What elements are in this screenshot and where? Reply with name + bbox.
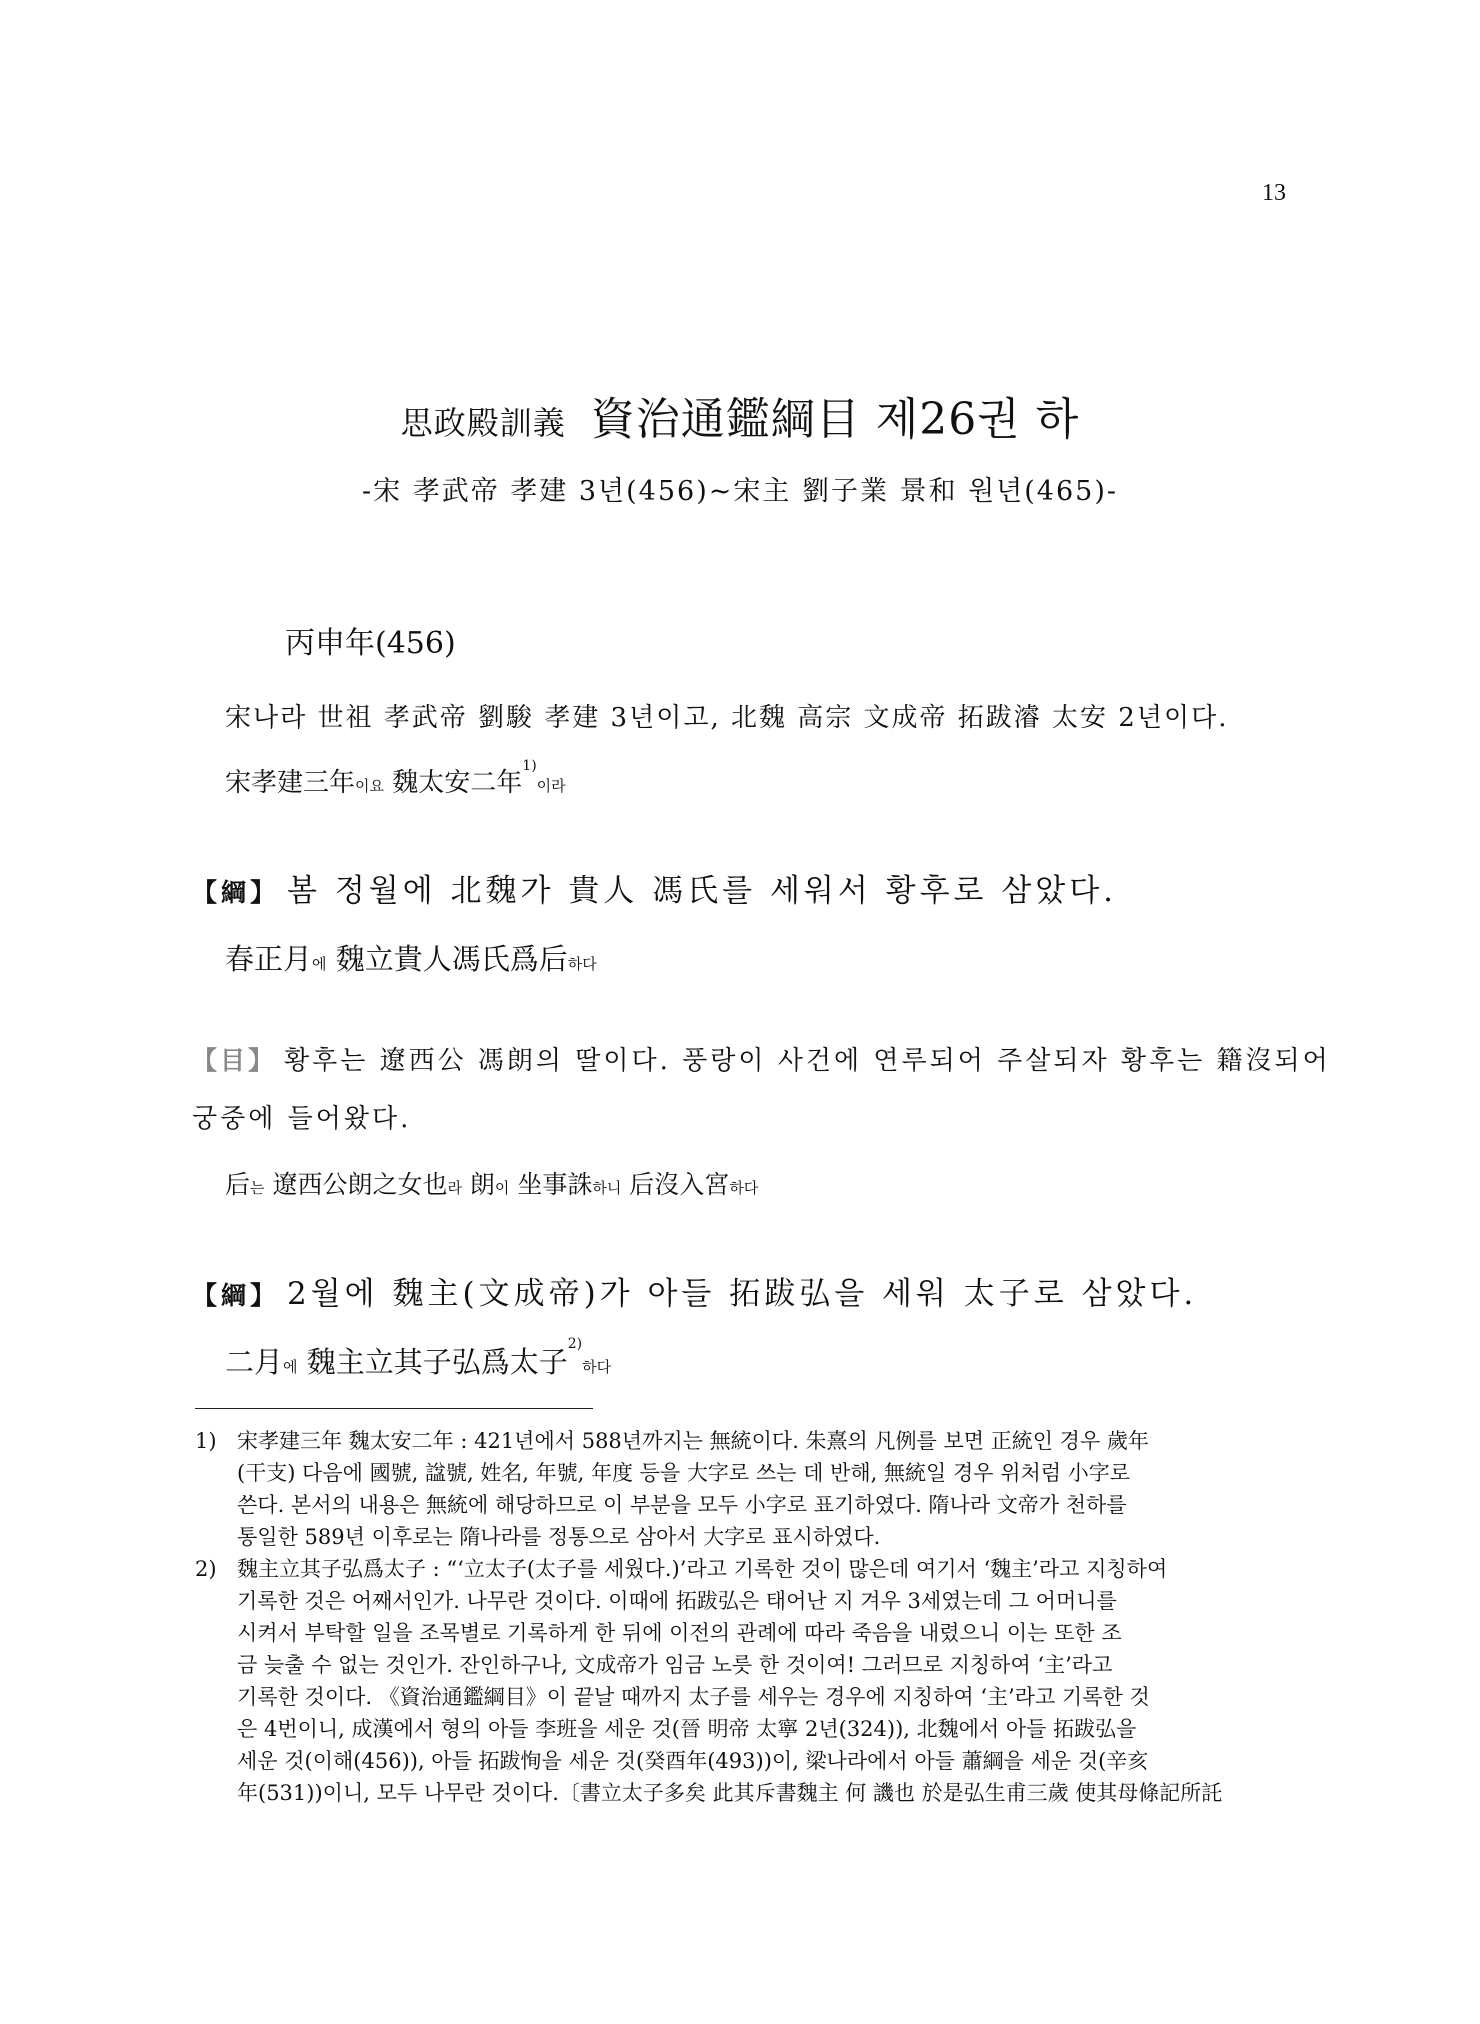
footnote-ref-2[interactable]: 2) — [568, 1336, 582, 1352]
gang-marker: 【綱】 — [192, 878, 279, 907]
title-block: 思政殿訓義 資治通鑑綱目 제26권 하 -宋 孝武帝 孝建 3년(456)~宋主… — [0, 383, 1480, 508]
mok-entry-1-hanmun: 后는 遼西公朗之女也라 朗이 坐事誅하니 后沒入宮하다 — [225, 1165, 758, 1201]
footnote-divider — [195, 1408, 593, 1409]
footnote-ref-1[interactable]: 1) — [522, 758, 536, 774]
gang-marker: 【綱】 — [192, 1281, 279, 1310]
footnote-1: 1) 宋孝建三年 魏太安二年 : 421년에서 588년까지는 無統이다. 朱熹… — [195, 1425, 1305, 1553]
gang-entry-1-korean: 【綱】봄 정월에 北魏가 貴人 馮氏를 세워서 황후로 삼았다. — [192, 865, 1117, 910]
title-series: 思政殿訓義 — [401, 404, 566, 442]
page-title: 思政殿訓義 資治通鑑綱目 제26권 하 — [0, 383, 1480, 447]
gang-entry-2-korean: 【綱】2월에 魏主(文成帝)가 아들 拓跋弘을 세워 太子로 삼았다. — [192, 1268, 1197, 1313]
mok-entry-1-korean-line-2: 궁중에 들어왔다. — [192, 1098, 411, 1135]
mok-marker: 【目】 — [192, 1046, 276, 1075]
year-heading: 丙申年(456) — [285, 618, 456, 662]
reign-note-hanmun: 宋孝建三年이요 魏太安二年1)이라 — [225, 762, 566, 799]
page-subtitle: -宋 孝武帝 孝建 3년(456)~宋主 劉子業 景和 원년(465)- — [0, 469, 1480, 508]
footnotes: 1) 宋孝建三年 魏太安二年 : 421년에서 588년까지는 無統이다. 朱熹… — [195, 1425, 1305, 1809]
footnote-2: 2) 魏主立其子弘爲太子 : “‘立太子(太子를 세웠다.)’라고 기록한 것이… — [195, 1553, 1305, 1809]
gang-entry-2-hanmun: 二月에 魏主立其子弘爲太子2)하다 — [225, 1340, 611, 1381]
reign-note-korean: 宋나라 世祖 孝武帝 劉駿 孝建 3년이고, 北魏 高宗 文成帝 拓跋濬 太安 … — [225, 697, 1228, 734]
footnote-number: 1) — [195, 1425, 237, 1553]
title-main: 資治通鑑綱目 제26권 하 — [591, 394, 1079, 445]
page-number: 13 — [1262, 180, 1286, 207]
mok-entry-1-korean-line-1: 【目】황후는 遼西公 馮朗의 딸이다. 풍랑이 사건에 연루되어 주살되자 황후… — [192, 1040, 1331, 1077]
footnote-number: 2) — [195, 1553, 237, 1809]
gang-entry-1-hanmun: 春正月에 魏立貴人馮氏爲后하다 — [225, 937, 597, 978]
